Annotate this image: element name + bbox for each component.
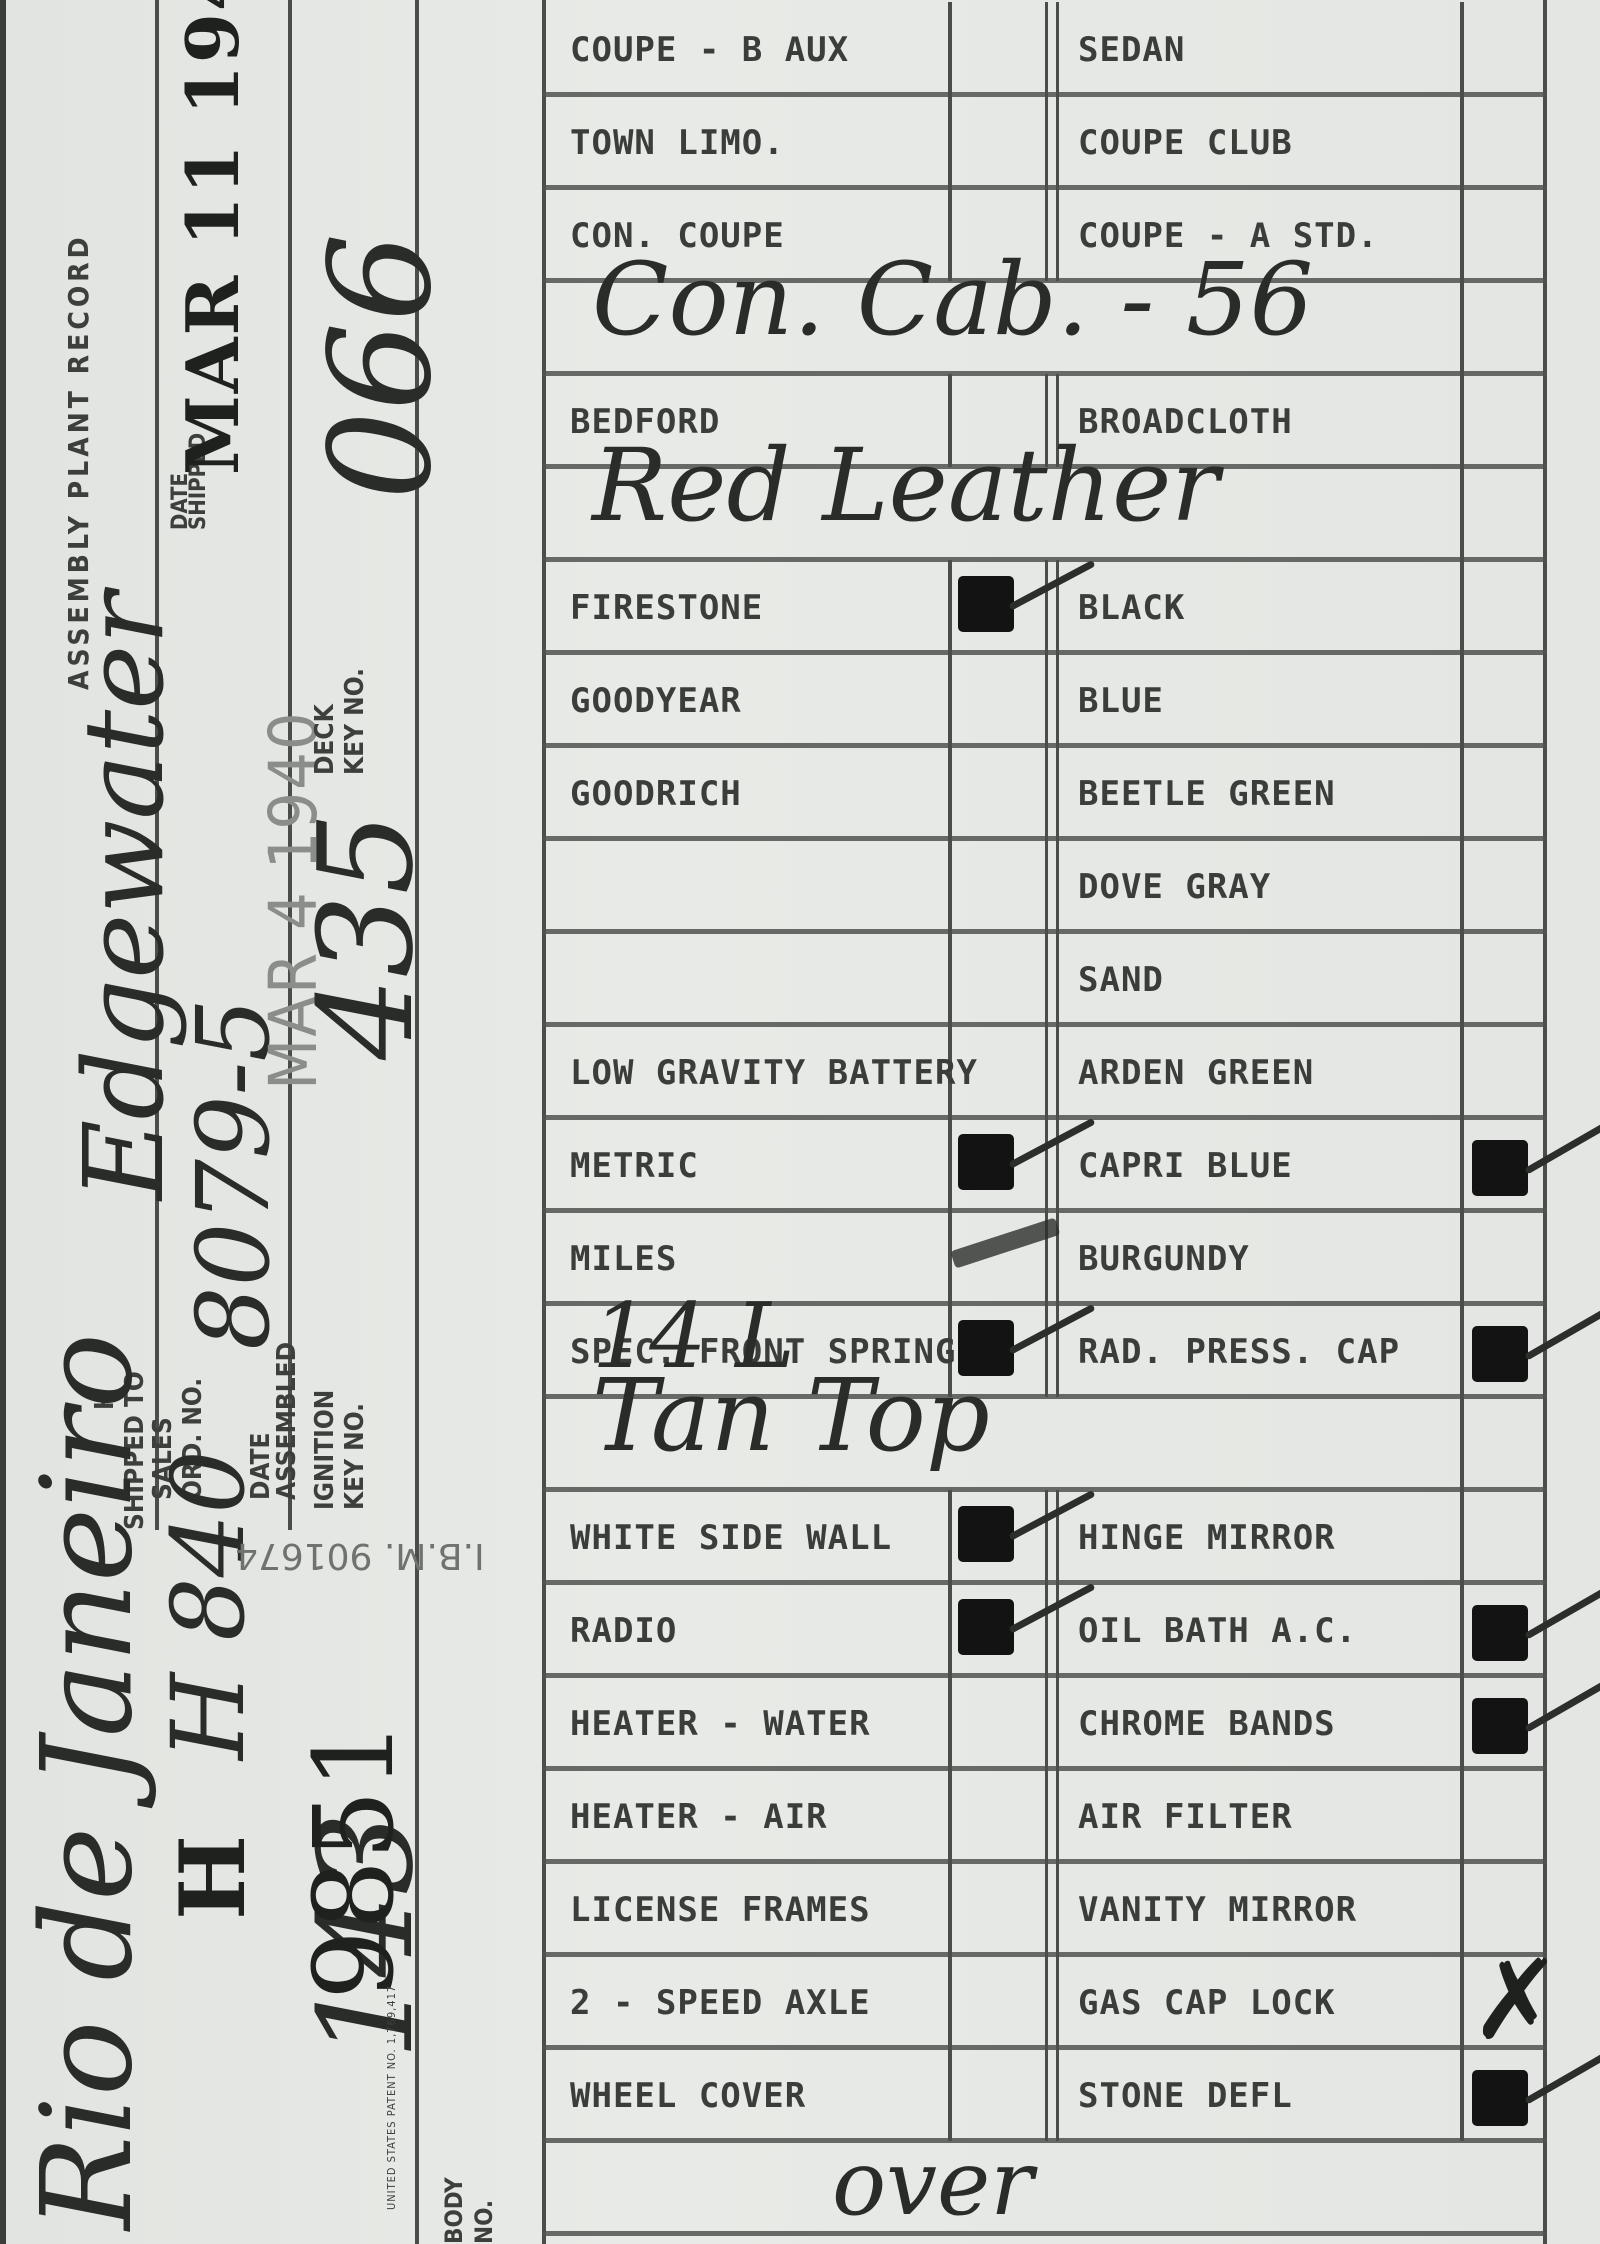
- patent-text: UNITED STATES PATENT NO. 1,769,417: [385, 1985, 398, 2210]
- option-checkbox-right[interactable]: [1464, 1769, 1543, 1859]
- table-col-divider: [1460, 281, 1464, 374]
- option-checkbox-left[interactable]: [952, 839, 1045, 929]
- option-label-right: SEDAN: [1078, 30, 1185, 70]
- table-col-divider: [1056, 95, 1059, 188]
- table-col-divider: [1045, 653, 1048, 746]
- option-label-left: WHITE SIDE WALL: [570, 1518, 892, 1558]
- deck-key-value: 435: [290, 812, 442, 1060]
- option-label-left: 2 - SPEED AXLE: [570, 1983, 871, 2023]
- option-checkbox-left[interactable]: [952, 653, 1045, 743]
- deck-key-extra: 066: [300, 233, 463, 500]
- option-checkbox-right[interactable]: [1464, 1211, 1543, 1301]
- option-label-left: FIRESTONE: [570, 588, 763, 628]
- deck-key-label-2: KEY NO.: [340, 668, 370, 775]
- handwritten-note: over: [832, 2131, 1033, 2236]
- handwritten-note: Con. Cab. - 56: [592, 241, 1313, 358]
- table-border-left: [542, 0, 546, 2244]
- option-checkbox-left[interactable]: [952, 95, 1045, 185]
- check-mark-right: [1472, 1326, 1528, 1382]
- option-label-left: WHEEL COVER: [570, 2076, 806, 2116]
- card-left-edge: [0, 0, 6, 2244]
- handwritten-note-2: 14 L: [592, 1284, 795, 1389]
- option-checkbox-left[interactable]: [952, 2, 1045, 92]
- table-col-divider: [1056, 653, 1059, 746]
- check-mark-left: [958, 1134, 1014, 1190]
- option-checkbox-right[interactable]: [1464, 932, 1543, 1022]
- customer-signature: Rio de Janeiro: [15, 1333, 160, 2230]
- check-mark-left: [958, 1506, 1014, 1562]
- ignition-key-label-2: KEY NO.: [340, 1403, 370, 1510]
- table-col-divider: [1056, 1304, 1059, 1397]
- option-checkbox-left[interactable]: [952, 2048, 1045, 2138]
- option-label-right: BURGUNDY: [1078, 1239, 1250, 1279]
- table-col-divider: [1056, 1118, 1059, 1211]
- option-label-right: BEETLE GREEN: [1078, 774, 1336, 814]
- divider-date-assembled: [415, 0, 419, 1530]
- option-label-left: GOODRICH: [570, 774, 742, 814]
- table-col-divider: [1045, 1583, 1048, 1676]
- check-mark-right: [1472, 2070, 1528, 2126]
- table-col-divider: [1056, 746, 1059, 839]
- option-checkbox-right[interactable]: [1464, 1025, 1543, 1115]
- option-label-right: BLACK: [1078, 588, 1185, 628]
- table-col-divider: [1045, 1118, 1048, 1211]
- option-label-left: LICENSE FRAMES: [570, 1890, 871, 1930]
- table-col-divider: [1056, 2048, 1059, 2141]
- serial-handwritten: H 840: [150, 1450, 267, 1760]
- option-checkbox-left[interactable]: [952, 1025, 1045, 1115]
- table-col-divider: [1045, 1304, 1048, 1397]
- option-checkbox-left[interactable]: [952, 746, 1045, 836]
- option-label-right: SAND: [1078, 960, 1164, 1000]
- option-label-left: RADIO: [570, 1611, 677, 1651]
- option-label-right: ARDEN GREEN: [1078, 1053, 1314, 1093]
- table-col-divider: [1056, 1955, 1059, 2048]
- table-col-divider: [1045, 2048, 1048, 2141]
- option-label-left: TOWN LIMO.: [570, 123, 785, 163]
- table-col-divider: [1056, 839, 1059, 932]
- option-checkbox-left[interactable]: [952, 1769, 1045, 1859]
- table-col-divider: [1056, 932, 1059, 1025]
- option-checkbox-left[interactable]: [952, 1676, 1045, 1766]
- option-label-left: HEATER - AIR: [570, 1797, 828, 1837]
- option-label-right: VANITY MIRROR: [1078, 1890, 1357, 1930]
- option-checkbox-right[interactable]: [1464, 746, 1543, 836]
- option-checkbox-right[interactable]: [1464, 653, 1543, 743]
- serial-number: 9851: [290, 1720, 418, 2000]
- table-col-divider: [1045, 95, 1048, 188]
- table-col-divider: [1045, 839, 1048, 932]
- serial-prefix: H: [160, 1835, 266, 1920]
- table-col-divider: [1460, 467, 1464, 560]
- option-label-left: LOW GRAVITY BATTERY: [570, 1053, 978, 1093]
- option-checkbox-right[interactable]: [1464, 188, 1543, 278]
- option-checkbox-right[interactable]: [1464, 374, 1543, 464]
- option-label-right: CHROME BANDS: [1078, 1704, 1336, 1744]
- table-col-divider: [1045, 932, 1048, 1025]
- option-label-left: HEATER - WATER: [570, 1704, 871, 1744]
- table-col-divider: [1460, 1397, 1464, 1490]
- option-checkbox-left[interactable]: [952, 932, 1045, 1022]
- check-mark-left: [958, 576, 1014, 632]
- table-col-divider: [1056, 1025, 1059, 1118]
- option-label-right: AIR FILTER: [1078, 1797, 1293, 1837]
- check-mark-right: [1472, 1698, 1528, 1754]
- table-col-divider: [1045, 746, 1048, 839]
- assembly-plant-record-card: ASSEMBLY PLANT RECORD SHIPPED TO H Edgew…: [0, 0, 1600, 2244]
- option-label-right: HINGE MIRROR: [1078, 1518, 1336, 1558]
- table-col-divider: [1056, 1769, 1059, 1862]
- table-col-divider: [1045, 1490, 1048, 1583]
- option-label-right: OIL BATH A.C.: [1078, 1611, 1357, 1651]
- date-shipped-value: MAR 11 1940: [170, 0, 255, 475]
- option-checkbox-right[interactable]: [1464, 560, 1543, 650]
- ibm-form-number: I.B.M. 901674: [235, 1535, 485, 1576]
- shipped-to-value: Edgewater: [60, 592, 188, 1200]
- table-col-divider: [1045, 560, 1048, 653]
- table-col-divider: [1045, 1769, 1048, 1862]
- option-label-left: MILES: [570, 1239, 677, 1279]
- body-no-label-1: BODY: [440, 2177, 468, 2244]
- table-col-divider: [1056, 560, 1059, 653]
- deck-key-label-1: DECK: [310, 704, 340, 775]
- option-label-right: DOVE GRAY: [1078, 867, 1271, 907]
- cross-mark: ✗: [1470, 1945, 1562, 2055]
- option-label-right: GAS CAP LOCK: [1078, 1983, 1336, 2023]
- table-col-divider: [1056, 1583, 1059, 1676]
- check-mark-right: [1472, 1140, 1528, 1196]
- table-border-right: [1543, 0, 1547, 2244]
- option-label-right: CAPRI BLUE: [1078, 1146, 1293, 1186]
- body-no-label-2: NO.: [470, 2200, 498, 2244]
- option-checkbox-left[interactable]: [952, 1862, 1045, 1952]
- option-label-left: COUPE - B AUX: [570, 30, 849, 70]
- table-col-divider: [1045, 1862, 1048, 1955]
- table-col-divider: [1045, 1025, 1048, 1118]
- date-assembled-label-2: ASSEMBLED: [272, 1342, 302, 1500]
- option-checkbox-right[interactable]: [1464, 2, 1543, 92]
- check-mark-right: [1472, 1605, 1528, 1661]
- option-checkbox-left[interactable]: [952, 1955, 1045, 2045]
- option-checkbox-right[interactable]: [1464, 839, 1543, 929]
- table-row-divider: [542, 2231, 1547, 2236]
- table-col-divider: [1045, 1676, 1048, 1769]
- table-col-divider: [1056, 1490, 1059, 1583]
- option-label-right: BLUE: [1078, 681, 1164, 721]
- option-label-left: GOODYEAR: [570, 681, 742, 721]
- option-checkbox-right[interactable]: [1464, 1490, 1543, 1580]
- option-label-left: METRIC: [570, 1146, 699, 1186]
- option-label-right: RAD. PRESS. CAP: [1078, 1332, 1400, 1372]
- handwritten-note: Red Leather: [592, 427, 1219, 544]
- option-label-right: COUPE CLUB: [1078, 123, 1293, 163]
- table-col-divider: [1056, 1676, 1059, 1769]
- option-checkbox-right[interactable]: [1464, 95, 1543, 185]
- table-col-divider: [1056, 2, 1059, 95]
- table-col-divider: [1045, 2, 1048, 95]
- table-col-divider: [1056, 1862, 1059, 1955]
- ignition-key-label-1: IGNITION: [310, 1390, 340, 1510]
- table-col-divider: [1045, 1955, 1048, 2048]
- option-label-right: STONE DEFL: [1078, 2076, 1293, 2116]
- check-mark-left: [958, 1599, 1014, 1655]
